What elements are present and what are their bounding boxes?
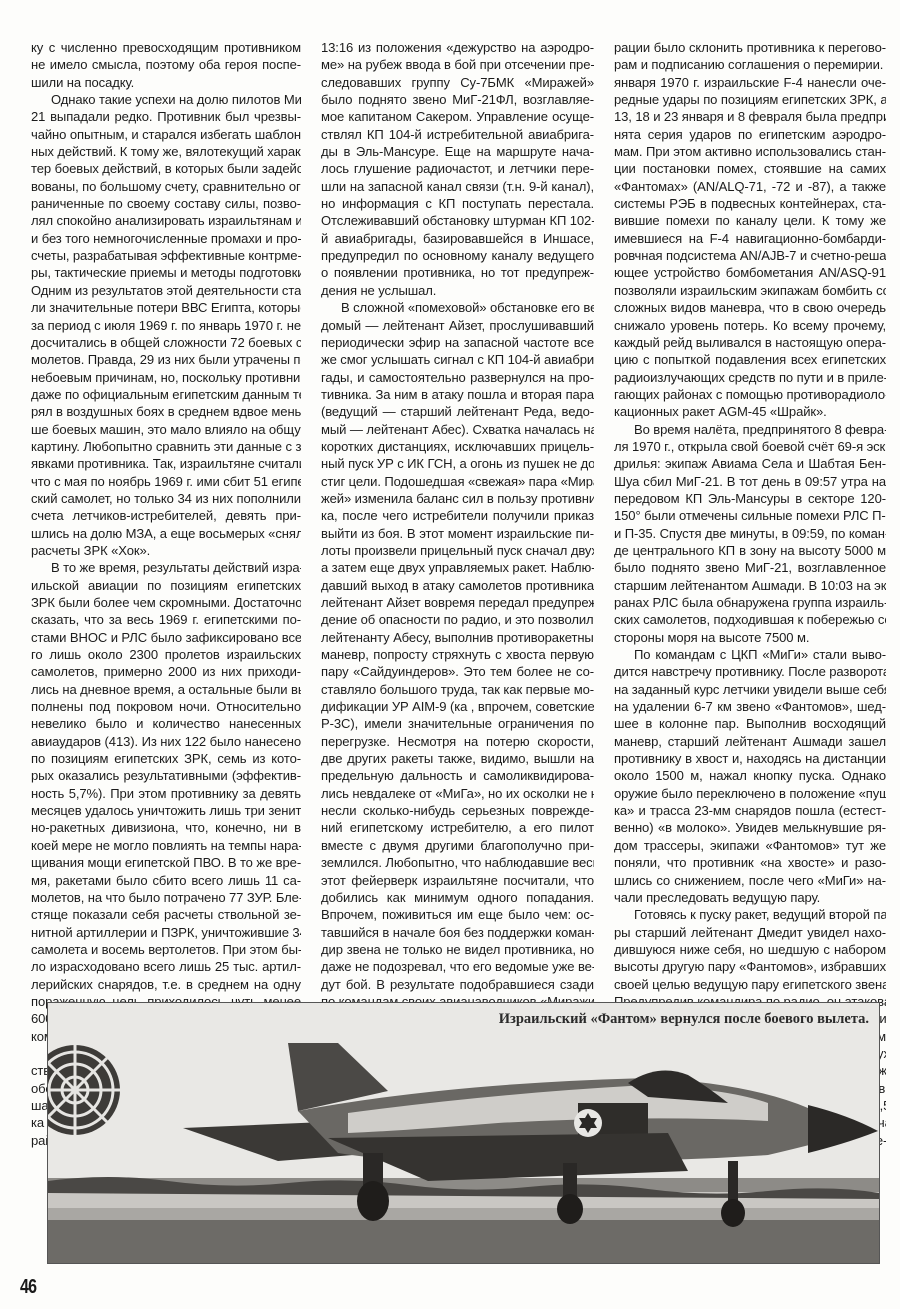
text-line: нята серия ударов по египетским аэродро- bbox=[614, 126, 886, 143]
text-line: ды в Эль-Мансуре. Еще на маршруте нача- bbox=[321, 143, 594, 160]
text-line: даже по официальным египетским данным те… bbox=[31, 386, 301, 403]
page-number: 46 bbox=[20, 1276, 36, 1299]
text-line: вместе с двумя другими благополучно при- bbox=[321, 837, 594, 854]
text-line: цию с попыткой подавления всех египетски… bbox=[614, 351, 886, 368]
text-line: дрилья: экипаж Авиама Села и Шабтая Бен- bbox=[614, 455, 886, 472]
text-line: на удалении 6-7 км звено «Фантомов», шед… bbox=[614, 698, 886, 715]
text-column-2: 13:16 из положения «дежурство на аэродро… bbox=[321, 39, 594, 1149]
text-line: досчитались в общей сложности 72 боевых … bbox=[31, 334, 301, 351]
text-line: имевшиеся на F-4 навигационно-бомбарди- bbox=[614, 230, 886, 247]
text-line: ка, после чего истребители получили прик… bbox=[321, 507, 594, 524]
text-line: кационных ракет AGM-45 «Шрайк». bbox=[614, 403, 886, 420]
text-line: каждый рейд выливался в настоящую опера- bbox=[614, 334, 886, 351]
text-line: лейтенант Айзет вовремя передал предупре… bbox=[321, 594, 594, 611]
text-line: небоевым причинам, но, поскольку противн… bbox=[31, 369, 301, 386]
text-line: коей мере не могло повлиять на темпы нар… bbox=[31, 837, 301, 854]
text-line: лись невдалеке от «МиГа», но их осколки … bbox=[321, 785, 594, 802]
paragraph: По командам с ЦКП «МиГи» стали выво-дитс… bbox=[614, 646, 886, 906]
text-line: было поднято звено МиГ-21ФЛ, возглавляе- bbox=[321, 91, 594, 108]
text-line: явками противника. Так, израильтяне счит… bbox=[31, 455, 301, 472]
text-line: ка» и трасса 23-мм снарядов пошла (естес… bbox=[614, 802, 886, 819]
text-line: ли значительные потери ВВС Египта, котор… bbox=[31, 299, 301, 316]
text-line: маневр, старший лейтенант Ашмади зашел bbox=[614, 733, 886, 750]
text-line: Шуа сбил МиГ-21. В тот день в 09:57 утра… bbox=[614, 473, 886, 490]
text-line: ных действий. К тому же, вялотекущий хар… bbox=[31, 143, 301, 160]
text-line: мя, ракетами было сбито всего лишь 11 са… bbox=[31, 872, 301, 889]
text-line: тивника. За ним в атаку пошла и вторая п… bbox=[321, 386, 594, 403]
text-line: го лишь около 2300 пролетов израильских bbox=[31, 646, 301, 663]
paragraph: В то же время, результаты действий изра-… bbox=[31, 559, 301, 1045]
text-line: маневр, попросту стряхнуть с хвоста перв… bbox=[321, 646, 594, 663]
text-line: ровчная подсистема AN/AJB-7 и счетно-реш… bbox=[614, 247, 886, 264]
text-line: этот фейерверк израильтяне посчитали, чт… bbox=[321, 872, 594, 889]
text-line: стороны моря на высоте 7500 м. bbox=[614, 629, 886, 646]
magazine-page: ку с численно превосходящим противникомн… bbox=[0, 0, 900, 1309]
text-line: своей целью ведущую пару египетского зве… bbox=[614, 976, 886, 993]
text-line: самолетов, примерно 2000 из них приходи- bbox=[31, 663, 301, 680]
text-line: противнику в хвост и, находясь на дистан… bbox=[614, 750, 886, 767]
text-line: ский самолет, но только 34 из них пополн… bbox=[31, 490, 301, 507]
photo-caption: Израильский «Фантом» вернулся после боев… bbox=[499, 1011, 869, 1028]
text-line: расчеты ЗРК «Хок». bbox=[31, 542, 301, 559]
paragraph: ку с численно превосходящим противникомн… bbox=[31, 39, 301, 91]
text-line: ный пуск УР с ИК ГСН, а огонь из пушек н… bbox=[321, 455, 594, 472]
text-line: дификации УР AIM-9 (ка , впрочем, советс… bbox=[321, 698, 594, 715]
text-line: коротких дистанциях, исключавших прицель… bbox=[321, 438, 594, 455]
text-line: ставляло большого труда, так как первые … bbox=[321, 681, 594, 698]
text-line: даже не подозревал, что его ведомые уже … bbox=[321, 958, 594, 975]
text-line: и без того немногочисленные промахи и пр… bbox=[31, 230, 301, 247]
text-line: предупредил по основному каналу ведущего bbox=[321, 247, 594, 264]
text-line: землился. Любопытно, что наблюдавшие вес… bbox=[321, 854, 594, 871]
text-line: шлись со снижением, после чего «МиГи» на… bbox=[614, 872, 886, 889]
text-line: периодически эфир на запасной частоте вс… bbox=[321, 334, 594, 351]
text-line: (ведущий — старший лейтенант Реда, ведо- bbox=[321, 403, 594, 420]
text-line: Отслеживавший обстановку штурман КП 102- bbox=[321, 212, 594, 229]
text-line: шее в колонне пар. Выполнив восходящий bbox=[614, 715, 886, 732]
text-line: на заданный курс летчики увидели выше се… bbox=[614, 681, 886, 698]
text-line: молетов. Правда, 29 из них были утрачены… bbox=[31, 351, 301, 368]
text-line: оружие было переключено в положение «пуш… bbox=[614, 785, 886, 802]
text-line: ло израсходовано всего лишь 25 тыс. арти… bbox=[31, 958, 301, 975]
text-line: лось глушение радиочастот, и летчики пер… bbox=[321, 160, 594, 177]
text-line: но информация с КП поступать перестала. bbox=[321, 195, 594, 212]
text-line: нитной артиллерии и ПЗРК, уничтожившие 3… bbox=[31, 924, 301, 941]
text-line: ний египетскому истребителю, а его пилот bbox=[321, 819, 594, 836]
text-line: ильской авиации по позициям египетских bbox=[31, 577, 301, 594]
text-line: домый — лейтенант Айзет, прослушивавший bbox=[321, 317, 594, 334]
text-line: щивания мощи египетской ПВО. В то же вре… bbox=[31, 854, 301, 871]
paragraph: 13:16 из положения «дежурство на аэродро… bbox=[321, 39, 594, 299]
text-line: шили на посадку. bbox=[31, 74, 301, 91]
text-line: 21 выпадали редко. Противник был чрезвы- bbox=[31, 108, 301, 125]
text-line: передовом КП Эль-Мансуры в секторе 120- bbox=[614, 490, 886, 507]
text-line: лейтенанту Абесу, выполнив противоракетн… bbox=[321, 629, 594, 646]
text-line: 150° были отмечены сильные помехи РЛС П-… bbox=[614, 507, 886, 524]
text-line: 13:16 из положения «дежурство на аэродро… bbox=[321, 39, 594, 56]
text-line: чайно опытным, и старался избегать шабло… bbox=[31, 126, 301, 143]
text-line: ских самолетов, подходившая к побережью … bbox=[614, 611, 886, 628]
text-column-3: рации было склонить противника к перегов… bbox=[614, 39, 886, 1149]
text-line: дится навстречу противнику. После развор… bbox=[614, 663, 886, 680]
text-line: о появлении противника, но тот предупреж… bbox=[321, 264, 594, 281]
text-line: что с мая по ноябрь 1969 г. ими сбит 51 … bbox=[31, 473, 301, 490]
text-line: старшим лейтенантом Ашмади. В 10:03 на э… bbox=[614, 577, 886, 594]
text-line: но-ракетных дивизиона, что, конечно, ни … bbox=[31, 819, 301, 836]
text-line: шлись на долю МЗА, а еще восьмерых «снял… bbox=[31, 525, 301, 542]
text-line: ствлял КП 104-й истребительной авиабрига… bbox=[321, 126, 594, 143]
text-line: тавшийся в начале боя без поддержки кома… bbox=[321, 924, 594, 941]
text-line: не имело смысла, поэтому оба героя поспе… bbox=[31, 56, 301, 73]
text-line: «Фантомах» (AN/ALQ-71, -72 и -87), а так… bbox=[614, 178, 886, 195]
text-line: дившуюся ниже себя, но шедшую с набором bbox=[614, 941, 886, 958]
text-line: Одним из результатов этой деятельности с… bbox=[31, 282, 301, 299]
text-line: за период с июля 1969 г. по январь 1970 … bbox=[31, 317, 301, 334]
text-line: дир звена не только не видел противника,… bbox=[321, 941, 594, 958]
text-line: 13, 18 и 23 января и 8 февраля была пред… bbox=[614, 108, 886, 125]
text-line: гающих районах с помощью противорадиоло- bbox=[614, 386, 886, 403]
text-line: вованы, по большому счету, сравнительно … bbox=[31, 178, 301, 195]
text-line: несли сколько-нибудь серьезных поврежде- bbox=[321, 802, 594, 819]
text-line: выйти из боя. В этот момент израильские … bbox=[321, 525, 594, 542]
paragraph: В сложной «помеховой» обстановке его ве-… bbox=[321, 299, 594, 1079]
text-line: Готовясь к пуску ракет, ведущий второй п… bbox=[614, 906, 886, 923]
text-line: ранах РЛС была обнаружена группа израиль… bbox=[614, 594, 886, 611]
text-line: лись на дневное время, а остальные были … bbox=[31, 681, 301, 698]
text-line: мам. При этом активно использовались ста… bbox=[614, 143, 886, 160]
text-line: В то же время, результаты действий изра- bbox=[31, 559, 301, 576]
text-line: добились как минимум одного попадания. bbox=[321, 889, 594, 906]
text-line: января 1970 г. израильские F-4 нанесли о… bbox=[614, 74, 886, 91]
text-line: поняли, что противник «на хвосте» и разо… bbox=[614, 854, 886, 871]
text-line: ме» на рубеж ввода в бой при отсечении п… bbox=[321, 56, 594, 73]
text-line: Р-3С), имели значительные ограничения по bbox=[321, 715, 594, 732]
text-line: лял спокойно анализировать израильтянам … bbox=[31, 212, 301, 229]
text-line: рации было склонить противника к перегов… bbox=[614, 39, 886, 56]
text-line: мое капитаном Сакером. Управление осуще- bbox=[321, 108, 594, 125]
text-line: давший выход в атаку самолетов противник… bbox=[321, 577, 594, 594]
text-line: дения не услышал. bbox=[321, 282, 594, 299]
text-line: молетов, на что было потрачено 77 ЗУР. Б… bbox=[31, 889, 301, 906]
text-line: авиаударов (413). Из них 122 было нанесе… bbox=[31, 733, 301, 750]
text-line: ры старший лейтенант Дмедит увидел нахо- bbox=[614, 924, 886, 941]
text-line: редные удары по позициям египетских ЗРК,… bbox=[614, 91, 886, 108]
text-line: де центрального КП в зону на высоту 5000… bbox=[614, 542, 886, 559]
text-line: дение об опасности по радио, и это позво… bbox=[321, 611, 594, 628]
text-line: венно) «в молоко». Увидев мелькнувшие ря… bbox=[614, 819, 886, 836]
text-column-1: ку с численно превосходящим противникомн… bbox=[31, 39, 301, 1149]
text-line: Во время налёта, предпринятого 8 февра- bbox=[614, 421, 886, 438]
text-line: а затем еще двух управляемых ракет. Набл… bbox=[321, 559, 594, 576]
text-line: ля 1970 г., открыла свой боевой счёт 69-… bbox=[614, 438, 886, 455]
paragraph: Во время налёта, предпринятого 8 февра-л… bbox=[614, 421, 886, 646]
text-line: шли на запасной канал связи (т.н. 9-й ка… bbox=[321, 178, 594, 195]
text-line: Однако такие успехи на долю пилотов МиГ- bbox=[31, 91, 301, 108]
text-line: ность 5,7%). При этом противнику за девя… bbox=[31, 785, 301, 802]
text-line: самолета и восемь вертолетов. При этом б… bbox=[31, 941, 301, 958]
text-line: около 1500 м, нажал кнопку пуска. Однако bbox=[614, 767, 886, 784]
text-line: ции постановки помех, стоявшие на самих bbox=[614, 160, 886, 177]
text-line: картину. Любопытно сравнить эти данные с… bbox=[31, 438, 301, 455]
aircraft-photo-illustration bbox=[48, 1003, 879, 1263]
text-line: позволяли израильским экипажам бомбить с… bbox=[614, 282, 886, 299]
text-line: й авиабригады, базировавшейся в Иншасе, bbox=[321, 230, 594, 247]
text-line: лоты произвели прицельный пуск сначал дв… bbox=[321, 542, 594, 559]
text-line: ку с численно превосходящим противником bbox=[31, 39, 301, 56]
text-line: жей» изменила баланс сил в пользу против… bbox=[321, 490, 594, 507]
text-line: ше боевых машин, это мало влияло на общу… bbox=[31, 421, 301, 438]
text-line: стиг цели. Подошедшая «свежая» пара «Мир… bbox=[321, 473, 594, 490]
aircraft-photo: Израильский «Фантом» вернулся после боев… bbox=[47, 1002, 880, 1264]
text-line: две других ракеты также, видимо, вышли н… bbox=[321, 750, 594, 767]
text-line: сложных видов маневра, что в свою очеред… bbox=[614, 299, 886, 316]
text-line: пару «Сайдуиндеров». Это тем более не со… bbox=[321, 663, 594, 680]
text-line: и П-35. Спустя две минуты, в 09:59, по к… bbox=[614, 525, 886, 542]
text-line: мый — лейтенант Абес). Схватка началась … bbox=[321, 421, 594, 438]
text-line: ЗРК были более чем скромными. Достаточно bbox=[31, 594, 301, 611]
text-line: лерийских снарядов, т.е. в среднем на од… bbox=[31, 976, 301, 993]
text-line: раниченные по своему составу силы, позво… bbox=[31, 195, 301, 212]
text-line: рял в воздушных боях в среднем вдвое мен… bbox=[31, 403, 301, 420]
text-line: системы РЭБ в подвесных контейнерах, ста… bbox=[614, 195, 886, 212]
text-line: высоты другую пару «Фантомов», избравших bbox=[614, 958, 886, 975]
text-line: же смог услышать сигнал с КП 104-й авиаб… bbox=[321, 351, 594, 368]
paragraph: Однако такие успехи на долю пилотов МиГ-… bbox=[31, 91, 301, 559]
text-line: перегрузке. Несмотря на потерю скорости, bbox=[321, 733, 594, 750]
text-line: невелико было и количество нанесенных bbox=[31, 715, 301, 732]
text-line: чали преследовать ведущую пару. bbox=[614, 889, 886, 906]
text-line: тер боевых действий, в которых были заде… bbox=[31, 160, 301, 177]
text-line: По командам с ЦКП «МиГи» стали выво- bbox=[614, 646, 886, 663]
text-line: Впрочем, поживиться им еще было чем: ос- bbox=[321, 906, 594, 923]
text-line: дут бой. В результате подобравшиеся сзад… bbox=[321, 976, 594, 993]
text-line: было поднято звено МиГ-21, возглавленное bbox=[614, 559, 886, 576]
text-line: В сложной «помеховой» обстановке его ве- bbox=[321, 299, 594, 316]
text-line: предельную дальность и самоликвидирова- bbox=[321, 767, 594, 784]
text-line: месяцев удалось уничтожить лишь три зени… bbox=[31, 802, 301, 819]
text-line: радиоизлучающих средств по пути и в прил… bbox=[614, 369, 886, 386]
text-line: снижало уровень потерь. Ко всему прочему… bbox=[614, 317, 886, 334]
text-line: рых оказались результативными (эффектив- bbox=[31, 767, 301, 784]
text-line: стяще показали себя расчеты ствольной зе… bbox=[31, 906, 301, 923]
text-line: стами ВНОС и РЛС было зафиксировано все- bbox=[31, 629, 301, 646]
text-line: счеты, разрабатывая эффективные контрме- bbox=[31, 247, 301, 264]
paragraph: рации было склонить противника к перегов… bbox=[614, 39, 886, 421]
text-line: полнены под покровом ночи. Относительно bbox=[31, 698, 301, 715]
text-line: дом трассеры, экипажи «Фантомов» тут же bbox=[614, 837, 886, 854]
text-line: гады, и самостоятельно развернулся на пр… bbox=[321, 369, 594, 386]
text-line: вившие помехи по каналу цели. К тому же bbox=[614, 212, 886, 229]
text-line: счета летчиков-истребителей, девять при- bbox=[31, 507, 301, 524]
text-line: ющее устройство бомбометания AN/ASQ-91 bbox=[614, 264, 886, 281]
text-line: сказать, что за весь 1969 г. египетскими… bbox=[31, 611, 301, 628]
text-line: рам и подписанию соглашения о перемирии.… bbox=[614, 56, 886, 73]
star-of-david-roundel-icon bbox=[574, 1109, 602, 1137]
text-line: ры, тактические приемы и методы подготов… bbox=[31, 264, 301, 281]
text-line: по позициям египетских ЗРК, семь из кото… bbox=[31, 750, 301, 767]
text-line: следовавших группу Су-7БМК «Миражей» bbox=[321, 74, 594, 91]
